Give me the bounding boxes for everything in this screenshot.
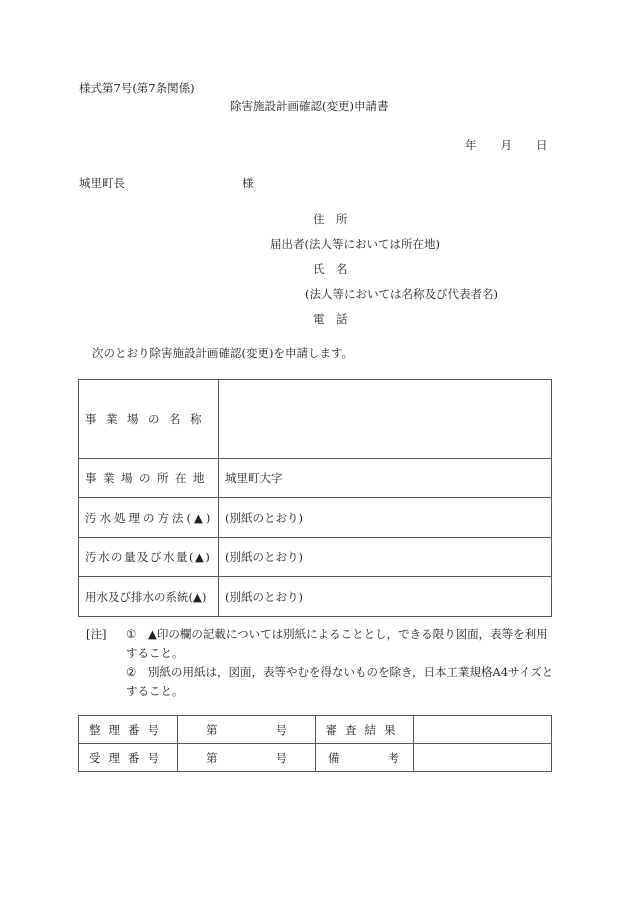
facility-location-field[interactable]: 城里町大字 bbox=[219, 459, 552, 498]
facility-name-label: 事業場の名称 bbox=[79, 380, 219, 459]
date-month-label: 月 bbox=[501, 137, 513, 153]
table-row: 受理番号 第 号 備 考 bbox=[79, 744, 552, 772]
notes-section: [注] ① ▲印の欄の記載については別紙によることとし，できる限り図面，表等を利… bbox=[86, 625, 553, 701]
table-row: 整理番号 第 号 審査結果 bbox=[79, 716, 552, 744]
wastewater-volume-field[interactable]: (別紙のとおり) bbox=[219, 538, 552, 577]
name-note: (法人等においては名称及び代表者名) bbox=[305, 286, 498, 302]
applicant-label: 届出者(法人等においては所在地) bbox=[270, 236, 440, 252]
review-result-label: 審査結果 bbox=[316, 716, 414, 744]
review-result-field[interactable] bbox=[414, 716, 552, 744]
table-row: 事業場の名称 bbox=[79, 380, 552, 459]
treatment-method-field[interactable]: (別紙のとおり) bbox=[219, 498, 552, 538]
application-table: 事業場の名称 事業場の所在地 城里町大字 汚水処理の方法(▲) (別紙のとおり)… bbox=[78, 379, 552, 617]
addressee-honorific: 様 bbox=[242, 175, 254, 191]
addressee-name: 城里町長 bbox=[79, 175, 125, 191]
remarks-field[interactable] bbox=[414, 744, 552, 772]
table-row: 汚水の量及び水量(▲) (別紙のとおり) bbox=[79, 538, 552, 577]
receipt-number-field[interactable]: 第 号 bbox=[178, 744, 316, 772]
note-item: [注] ① ▲印の欄の記載については別紙によることとし，できる限り図面，表等を利… bbox=[86, 625, 553, 644]
reference-number-label: 整理番号 bbox=[79, 716, 178, 744]
reference-number-field[interactable]: 第 号 bbox=[178, 716, 316, 744]
document-title: 除害施設計画確認(変更)申請書 bbox=[230, 98, 388, 114]
note-number: ② bbox=[126, 663, 148, 682]
note-item: ② 別紙の用紙は，図面，表等やむを得ないものを除き，日本工業規格A4サイズと bbox=[86, 663, 553, 682]
water-system-field[interactable]: (別紙のとおり) bbox=[219, 577, 552, 617]
date-year-label: 年 bbox=[465, 137, 477, 153]
note-text-continued: すること。 bbox=[86, 682, 553, 701]
phone-label: 電 話 bbox=[313, 311, 348, 327]
form-number: 様式第7号(第7条関係) bbox=[79, 80, 195, 96]
receipt-number-label: 受理番号 bbox=[79, 744, 178, 772]
note-number: ① bbox=[126, 625, 148, 644]
table-row: 用水及び排水の系統(▲) (別紙のとおり) bbox=[79, 577, 552, 617]
office-use-table: 整理番号 第 号 審査結果 受理番号 第 号 備 考 bbox=[78, 715, 552, 772]
water-system-label: 用水及び排水の系統(▲) bbox=[79, 577, 219, 617]
facility-location-label: 事業場の所在地 bbox=[79, 459, 219, 498]
date-line: 年 月 日 bbox=[465, 137, 548, 153]
facility-name-field[interactable] bbox=[219, 380, 552, 459]
date-day-label: 日 bbox=[536, 137, 548, 153]
name-label: 氏 名 bbox=[313, 261, 348, 277]
notes-prefix: [注] bbox=[86, 625, 126, 644]
treatment-method-label: 汚水処理の方法(▲) bbox=[79, 498, 219, 538]
intro-text: 次のとおり除害施設計画確認(変更)を申請します。 bbox=[92, 345, 353, 361]
address-label: 住 所 bbox=[313, 211, 348, 227]
table-row: 汚水処理の方法(▲) (別紙のとおり) bbox=[79, 498, 552, 538]
wastewater-volume-label: 汚水の量及び水量(▲) bbox=[79, 538, 219, 577]
note-text-continued: すること。 bbox=[86, 644, 553, 663]
note-text: ▲印の欄の記載については別紙によることとし，できる限り図面，表等を利用 bbox=[148, 625, 548, 644]
note-text: 別紙の用紙は，図面，表等やむを得ないものを除き，日本工業規格A4サイズと bbox=[148, 663, 553, 682]
table-row: 事業場の所在地 城里町大字 bbox=[79, 459, 552, 498]
remarks-label: 備 考 bbox=[316, 744, 414, 772]
